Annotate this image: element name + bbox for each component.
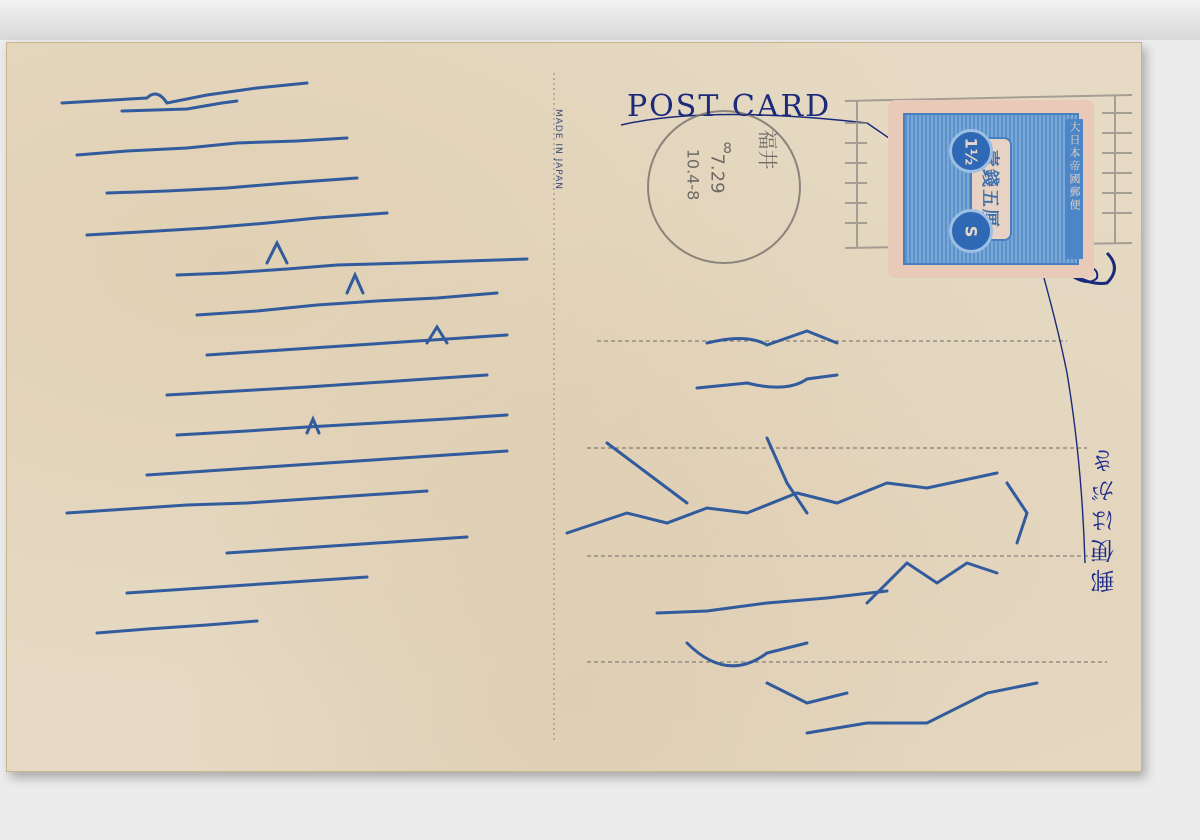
postmark-date-2: 10.4-8 [683, 149, 702, 201]
scan-background [0, 0, 1200, 40]
postage-stamp: 壹錢五厘 1½ S 大日本帝國郵便 [891, 103, 1091, 275]
stamp-bottom-oval: S [949, 209, 993, 253]
handwritten-address [567, 331, 1037, 733]
postcard: POST CARD MADE IN JAPAN 7.29 10.4-8 福井 8… [6, 42, 1142, 772]
postmark-place: 福井 [755, 130, 784, 170]
stamp-design: 壹錢五厘 [903, 113, 1079, 265]
postmark-date-1: 7.29 [707, 153, 728, 193]
stamp-top-oval: 1½ [949, 129, 993, 173]
made-in-japan-label: MADE IN JAPAN [553, 109, 563, 190]
yubin-hagaki-label: 郵便はがき [1087, 443, 1122, 593]
post-card-title: POST CARD [627, 89, 831, 124]
stamp-side-text: 大日本帝國郵便 [1065, 119, 1083, 259]
stamp-top-oval-text: 1½ [961, 137, 980, 165]
handwritten-message [62, 83, 527, 633]
postmark-extra: 8 [723, 141, 732, 157]
right-flourish [1037, 253, 1085, 563]
stamp-bottom-oval-text: S [962, 225, 981, 237]
